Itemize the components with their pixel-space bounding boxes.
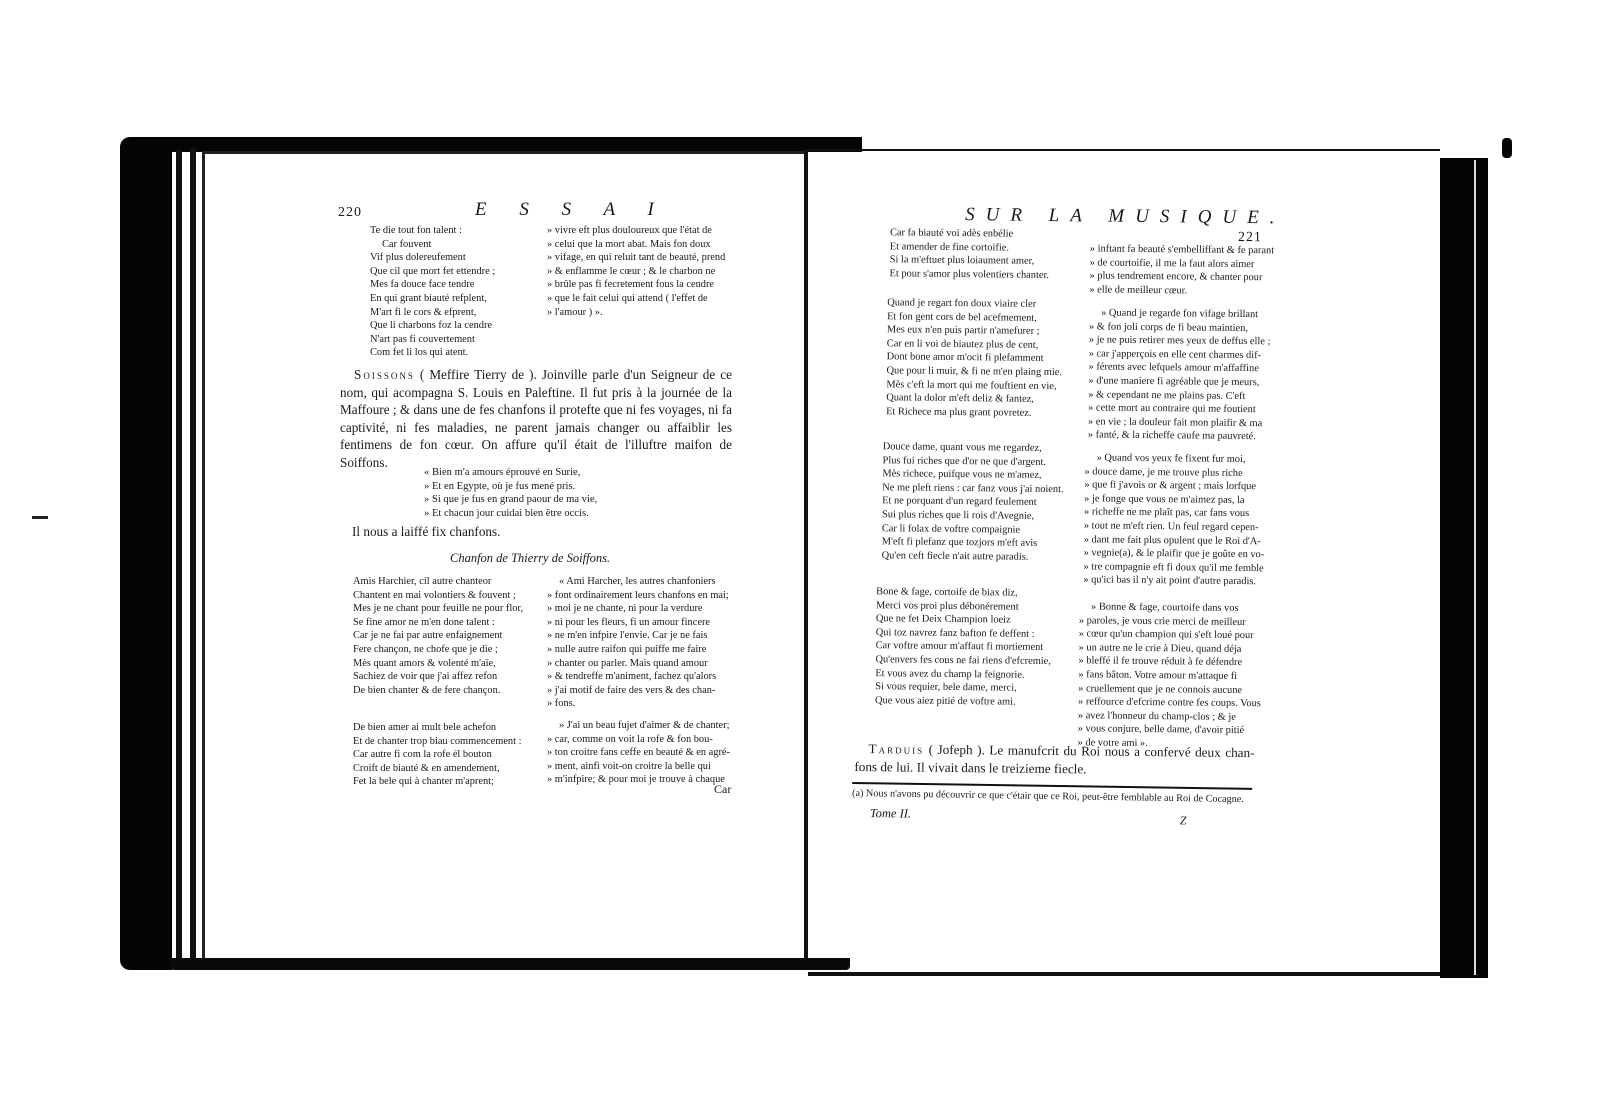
stanza-2: De bien amer ai mult bele achefonEt de c… (353, 721, 522, 789)
text-line: Sui plus riches que li rois d'Avegnie, (882, 508, 1063, 523)
text-line: » brûle pas fi fecretement fous la cendr… (547, 278, 725, 292)
text-line: Que pour li muir, & fi ne m'en plaing mi… (886, 364, 1062, 379)
text-line: Car je ne fai par autre enfaignement (353, 629, 523, 643)
text-line: « Bien m'a amours éprouvé en Surie, (424, 466, 597, 480)
text-line: Que cil que mort fet ettendre ; (370, 265, 495, 279)
stanza-4: Douce dame, quant vous me regardez,Plus … (882, 440, 1065, 564)
verse-opening: Te die tout fon talent :Car fouventVif p… (370, 224, 495, 360)
verse-opening: Car fa biauté voi adès enbélieEt amender… (889, 226, 1049, 282)
text-line: Car autre fi com la rofe él bouton (353, 748, 522, 762)
text-line: » qu'ici bas il n'y ait point d'autre pa… (1083, 574, 1264, 589)
text-line: Croift de biauté & en amendement, (353, 762, 522, 776)
text-line: » moi je ne chante, ni pour la verdure (547, 602, 729, 616)
text-line: » vifage, en qui reluit tant de beauté, … (547, 251, 725, 265)
text-line: » que le fait celui qui attend ( l'effet… (547, 292, 725, 306)
text-line: N'art pas fi couvertement (370, 333, 495, 347)
catchword: Car (714, 782, 731, 797)
text-line: Fet la bele qui à chanter m'aprent; (353, 775, 522, 789)
book-edge-right (1440, 158, 1488, 978)
text-line: » vivre eft plus douloureux que l'état d… (547, 224, 725, 238)
text-line: » & enflamme le cœur ; & le charbon ne (547, 265, 725, 279)
text-line: » fans bâton. Votre amour m'attaque fi (1078, 668, 1261, 684)
stanza-4-translation: » Quand vos yeux fe fixent fur moi,» dou… (1083, 451, 1265, 589)
text-line: » car, comme on voit la rofe & fon bou- (547, 733, 730, 747)
stanza-5: Bone & fage, cortoife de biax diz,Merci … (875, 585, 1052, 709)
page-stack-left-inner (190, 148, 196, 970)
page-border-left (202, 151, 205, 959)
stanza-3-translation: » Quand je regarde fon vifage brillant» … (1088, 306, 1271, 444)
text-line: Mes je ne chant pour feuille ne pour flo… (353, 602, 523, 616)
text-line: Bone & fage, cortoife de biax diz, (876, 585, 1052, 600)
book-gutter (804, 150, 808, 970)
text-line: Et de chanter trop biau commencement : (353, 735, 522, 749)
text-line: » ment, ainfi voit-on croitre la belle q… (547, 760, 730, 774)
text-line: Se fine amor ne m'en done talent : (353, 616, 523, 630)
text-line: Car fa biauté voi adès enbélie (890, 226, 1050, 241)
stanza-1-translation: « Ami Harcher, les autres chanfoniers» f… (547, 575, 729, 711)
text-line: Que li charbons foz la cendre (370, 319, 495, 333)
quote-lines: « Bien m'a amours éprouvé en Surie,» Et … (424, 466, 597, 520)
text-line: » Quand vos yeux fe fixent fur moi, (1085, 451, 1266, 466)
text-line: » chanter ou parler. Mais quand amour (547, 657, 729, 671)
page-border-top-right (808, 149, 1440, 151)
text-line: Et pour s'amor plus volentiers chanter. (889, 267, 1049, 282)
text-line: Qu'en ceft fiecle n'ait autre paradis. (882, 549, 1063, 564)
entry-soissons: Soissons ( Meffire Tierry de ). Joinvill… (340, 366, 732, 472)
song-title: Chanfon de Thierry de Soiffons. (450, 551, 610, 566)
text-line: » Bonne & fage, courtoife dans vos (1079, 600, 1262, 616)
page-stack-left (176, 150, 182, 968)
text-line: En qui grant biauté refplent, (370, 292, 495, 306)
text-line: » celui que la mort abat. Mais fon doux (547, 238, 725, 252)
book-cover-corner (1502, 138, 1512, 158)
page-border-bottom-right (808, 972, 1440, 976)
text-line: » m'infpire; & pour moi je trouve à chaq… (547, 773, 730, 787)
entry-name: Soissons (354, 367, 415, 382)
text-line: » Quand je regarde fon vifage brillant (1089, 306, 1271, 321)
running-head: E S S A I (475, 199, 668, 221)
text-line: » ne m'en infpire l'envie. Car je ne fai… (547, 629, 729, 643)
text-line: Amis Harchier, cil autre chanteor (353, 575, 523, 589)
translation-opening: » inftant fa beauté s'embelliffant & fe … (1089, 242, 1274, 298)
text-line: Fere chançon, ne chofe que je die ; (353, 643, 523, 657)
text-line: Mes fa douce face tendre (370, 278, 495, 292)
text-line: Com fet li los qui atent. (370, 346, 495, 360)
book-edge-left (120, 138, 172, 970)
text-line: » d'une maniere fi agréable que je meurs… (1088, 374, 1270, 389)
text-line: Et Richece ma plus grant povretez. (886, 405, 1062, 420)
text-line: » fons. (547, 697, 729, 711)
text-line: De bien chanter & de fere chançon. (353, 684, 523, 698)
text-line: » Et en Egypte, où je fus mené pris. (424, 480, 597, 494)
book-cover-bottom-left (170, 958, 850, 970)
entry-tarduis: Tarduis ( Jofeph ). Le manufcrit du Roi … (854, 740, 1254, 779)
gathering-signature: Z (1180, 813, 1187, 828)
text-line: » j'ai motif de faire des vers & des cha… (547, 684, 729, 698)
text-line: Vif plus dolereufement (370, 251, 495, 265)
text-line: » & tendreffe m'animent, fachez qu'alors (547, 670, 729, 684)
text-line: Sachiez de voir que j'ai affez refon (353, 670, 523, 684)
text-line: Mès quant amors & volenté m'aïe, (353, 657, 523, 671)
text-line: « Ami Harcher, les autres chanfoniers (547, 575, 729, 589)
entry-text: ( Meffire Tierry de ). Joinville parle d… (340, 367, 732, 470)
text-line: Si la m'eftuet plus loiaument amer, (890, 254, 1050, 269)
text-line: » Si que je fus en grand paour de ma vie… (424, 493, 597, 507)
stanza-3: Quand je regart fon doux viaire clerEt f… (886, 296, 1063, 420)
text-line: » nulle autre raifon qui puiffe me faire (547, 643, 729, 657)
text-line: » elle de meilleur cœur. (1089, 283, 1273, 299)
text-line: Chantent en mai volontiers & fouvent ; (353, 589, 523, 603)
text-line: De bien amer ai mult bele achefon (353, 721, 522, 735)
stanza-1: Amis Harchier, cil autre chanteorChanten… (353, 575, 523, 697)
text-line: » ton croitre fans ceffe en beauté & en … (547, 746, 730, 760)
text-line: Qu'envers fes cous ne fai riens d'efcrem… (875, 653, 1051, 668)
text-line: Quand je regart fon doux viaire cler (887, 296, 1063, 311)
volume-signature: Tome II. (870, 806, 911, 821)
page-border-top (202, 151, 808, 154)
text-line: Te die tout fon talent : (370, 224, 495, 238)
text-line: » inftant fa beauté s'embelliffant & fe … (1090, 242, 1274, 258)
stanza-2-translation: » J'ai un beau fujet d'aimer & de chante… (547, 719, 730, 787)
running-head: SUR LA MUSIQUE. (965, 204, 1286, 229)
text-line: » Et chacun jour cuidai bien être occis. (424, 507, 597, 521)
text-line: » ni pour les fleurs, fi un amour fincer… (547, 616, 729, 630)
six-songs-note: Il nous a laiffé fix chanfons. (352, 523, 500, 541)
text-line: » l'amour ) ». (547, 306, 725, 320)
footnote: (a) Nous n'avons pu découvrir ce que c'é… (852, 788, 1244, 805)
text-line: M'art fi le cors & efprent, (370, 306, 495, 320)
page-stack-right (1474, 160, 1476, 975)
text-line: Car fouvent (370, 238, 495, 252)
text-line: » tout ne m'eft rien. Un feul regard cep… (1084, 519, 1265, 534)
right-page: SUR LA MUSIQUE. 221 Car fa biauté voi ad… (2, 0, 1600, 8)
translation-opening: » vivre eft plus douloureux que l'état d… (547, 224, 725, 319)
text-line: » fanté, & la richeffe caufe ma pauvreté… (1088, 429, 1270, 444)
stanza-5-translation: » Bonne & fage, courtoife dans vos» paro… (1078, 600, 1262, 751)
text-line: Que vous aiez pitié de voftre ami. (875, 694, 1051, 709)
text-line: Douce dame, quant vous me regardez, (883, 440, 1064, 455)
entry-name: Tarduis (868, 741, 924, 757)
page-number: 220 (338, 205, 362, 221)
scan-mark (32, 516, 48, 519)
book-cover-top-left (120, 137, 862, 152)
text-line: » J'ai un beau fujet d'aimer & de chante… (547, 719, 730, 733)
text-line: » font ordinairement leurs chanfons en m… (547, 589, 729, 603)
